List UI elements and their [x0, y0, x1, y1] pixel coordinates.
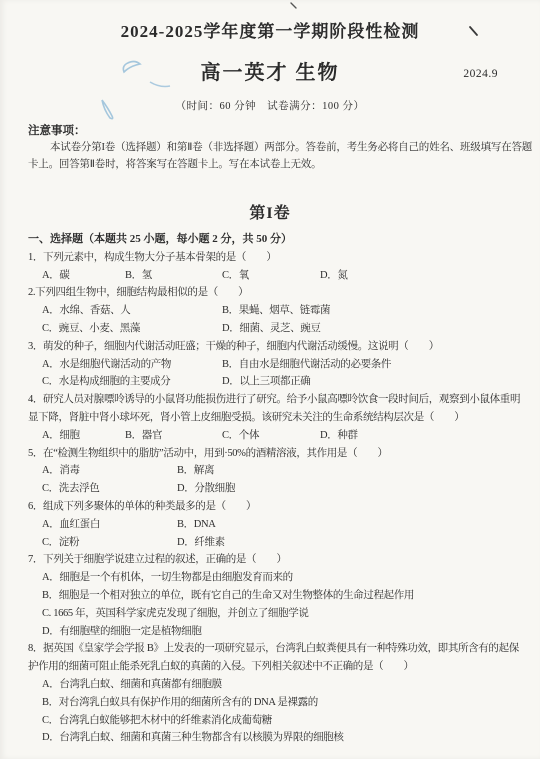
question-8-option-d: D．台湾乳白蚁、细菌和真菌三种生物都含有以核膜为界限的细胞核: [28, 729, 518, 747]
option-cell: D．细菌、灵芝、豌豆: [222, 323, 321, 334]
option-cell: C．水是构成细胞的主要成分: [42, 373, 222, 391]
question-6-options-row-1: A．血红蛋白B．DNA: [28, 516, 518, 534]
question-7-option-b: B．细胞是一个相对独立的单位，既有它自己的生命又对生物整体的生命过程起作用: [28, 587, 518, 605]
option-cell: D．以上三项都正确: [222, 376, 310, 387]
questions-block: 一、选择题（本题共 25 小题，每小题 2 分，共 50 分） 1．下列元素中，…: [28, 231, 518, 747]
option-cell: A．消毒: [42, 462, 177, 480]
option-cell: D．纤维素: [177, 537, 225, 548]
option-cell: A．水绵、香菇、人: [42, 302, 222, 320]
option-cell: C．氧: [222, 267, 320, 285]
option-cell: A．细胞: [42, 427, 125, 445]
notice-line-2: 卡上。回答第Ⅱ卷时，将答案写在答题卡上。写在本试卷上无效。: [28, 156, 516, 173]
question-6-stem: 6．组成下列多聚体的单体的种类最多的是（ ）: [28, 498, 518, 516]
option-cell: A．血红蛋白: [42, 516, 177, 534]
exam-title: 2024-2025学年度第一学期阶段性检测: [0, 0, 540, 44]
option-cell: A．水是细胞代谢活动的产物: [42, 356, 222, 374]
question-5-stem: 5．在“检测生物组织中的脂肪”活动中，用到·50%的酒精溶液，其作用是（ ）: [28, 445, 518, 463]
option-cell: B．自由水是细胞代谢活动的必要条件: [222, 359, 391, 370]
question-7-option-a: A．细胞是一个有机体，一切生物都是由细胞发育而来的: [28, 569, 518, 587]
question-7-option-d: D．有细胞壁的细胞一定是植物细胞: [28, 623, 518, 641]
question-3-stem: 3．萌发的种子，细胞内代谢活动旺盛；干燥的种子，细胞内代谢活动缓慢。这说明（ ）: [28, 338, 518, 356]
question-2-options-row-1: A．水绵、香菇、人B．果蝇、烟草、链霉菌: [28, 302, 518, 320]
option-cell: C．洗去浮色: [42, 480, 177, 498]
question-1-options: A．碳B．氢C．氧D．氮: [28, 267, 518, 285]
option-cell: B．解离: [177, 465, 214, 476]
notice-label: 注意事项：: [28, 124, 514, 139]
option-cell: C．个体: [222, 427, 320, 445]
exam-subtitle-row: 高一英才 生物 2024.9: [0, 59, 540, 87]
option-cell: A．碳: [42, 267, 125, 285]
option-cell: B．氢: [125, 267, 222, 285]
question-3-options-row-2: C．水是构成细胞的主要成分D．以上三项都正确: [28, 373, 518, 391]
question-4-stem-line-1: 4．研究人员对腺嘌呤诱导的小鼠肾功能损伤进行了研究。给予小鼠高嘌呤饮食一段时间后…: [28, 391, 518, 409]
option-cell: B．器官: [125, 427, 222, 445]
option-cell: B．果蝇、烟草、链霉菌: [222, 305, 330, 316]
exam-meta: （时间：60 分钟 试卷满分：100 分）: [0, 99, 540, 114]
exam-paper-page: 2024-2025学年度第一学期阶段性检测 高一英才 生物 2024.9 （时间…: [0, 0, 540, 759]
question-5-options-row-1: A．消毒B．解离: [28, 462, 518, 480]
question-3-options-row-1: A．水是细胞代谢活动的产物B．自由水是细胞代谢活动的必要条件: [28, 356, 518, 374]
option-cell: D．氮: [320, 270, 348, 281]
question-1-stem: 1．下列元素中，构成生物大分子基本骨架的是（ ）: [28, 249, 518, 267]
option-cell: C．豌豆、小麦、黑藻: [42, 320, 222, 338]
exam-date: 2024.9: [463, 68, 498, 80]
option-cell: D．种群: [320, 430, 358, 441]
question-2-options-row-2: C．豌豆、小麦、黑藻D．细菌、灵芝、豌豆: [28, 320, 518, 338]
question-7-stem: 7．下列关于细胞学说建立过程的叙述，正确的是（ ）: [28, 551, 518, 569]
question-7-option-c: C. 1665 年，英国科学家虎克发现了细胞，并创立了细胞学说: [28, 605, 518, 623]
question-8-option-b: B．对台湾乳白蚁具有保护作用的细菌所含有的 DNA 是裸露的: [28, 694, 518, 712]
option-cell: D．分散细胞: [177, 483, 235, 494]
question-8-option-a: A．台湾乳白蚁、细菌和真菌都有细胞膜: [28, 676, 518, 694]
notice-line-1: 本试卷分第I卷（选择题）和第Ⅱ卷（非选择题）两部分。答卷前，考生务必将自己的姓名…: [28, 139, 516, 156]
question-4-stem-line-2: 显下降，肾脏中肾小球坏死，肾小管上皮细胞受损。该研究未关注的生命系统结构层次是（…: [28, 409, 518, 427]
question-8-stem-line-2: 护作用的细菌可阻止能杀死乳白蚁的真菌的入侵。下列相关叙述中不正确的是（ ）: [28, 658, 518, 676]
question-8-option-c: C．台湾乳白蚁能够把木材中的纤维素消化成葡萄糖: [28, 712, 518, 730]
question-5-options-row-2: C．洗去浮色D．分散细胞: [28, 480, 518, 498]
option-cell: C．淀粉: [42, 534, 177, 552]
exam-subtitle: 高一英才 生物: [0, 59, 540, 87]
section-title: 一、选择题（本题共 25 小题，每小题 2 分，共 50 分）: [28, 231, 518, 249]
question-2-stem: 2.下列四组生物中，细胞结构最相似的是（ ）: [28, 284, 518, 302]
option-cell: B．DNA: [177, 519, 216, 530]
question-4-options: A．细胞B．器官C．个体D．种群: [28, 427, 518, 445]
question-8-stem-line-1: 8．据英国《皇家学会学报 B》上发表的一项研究显示，台湾乳白蚁粪便具有一种特殊功…: [28, 640, 518, 658]
part-1-title: 第I卷: [0, 203, 540, 225]
question-6-options-row-2: C．淀粉D．纤维素: [28, 534, 518, 552]
